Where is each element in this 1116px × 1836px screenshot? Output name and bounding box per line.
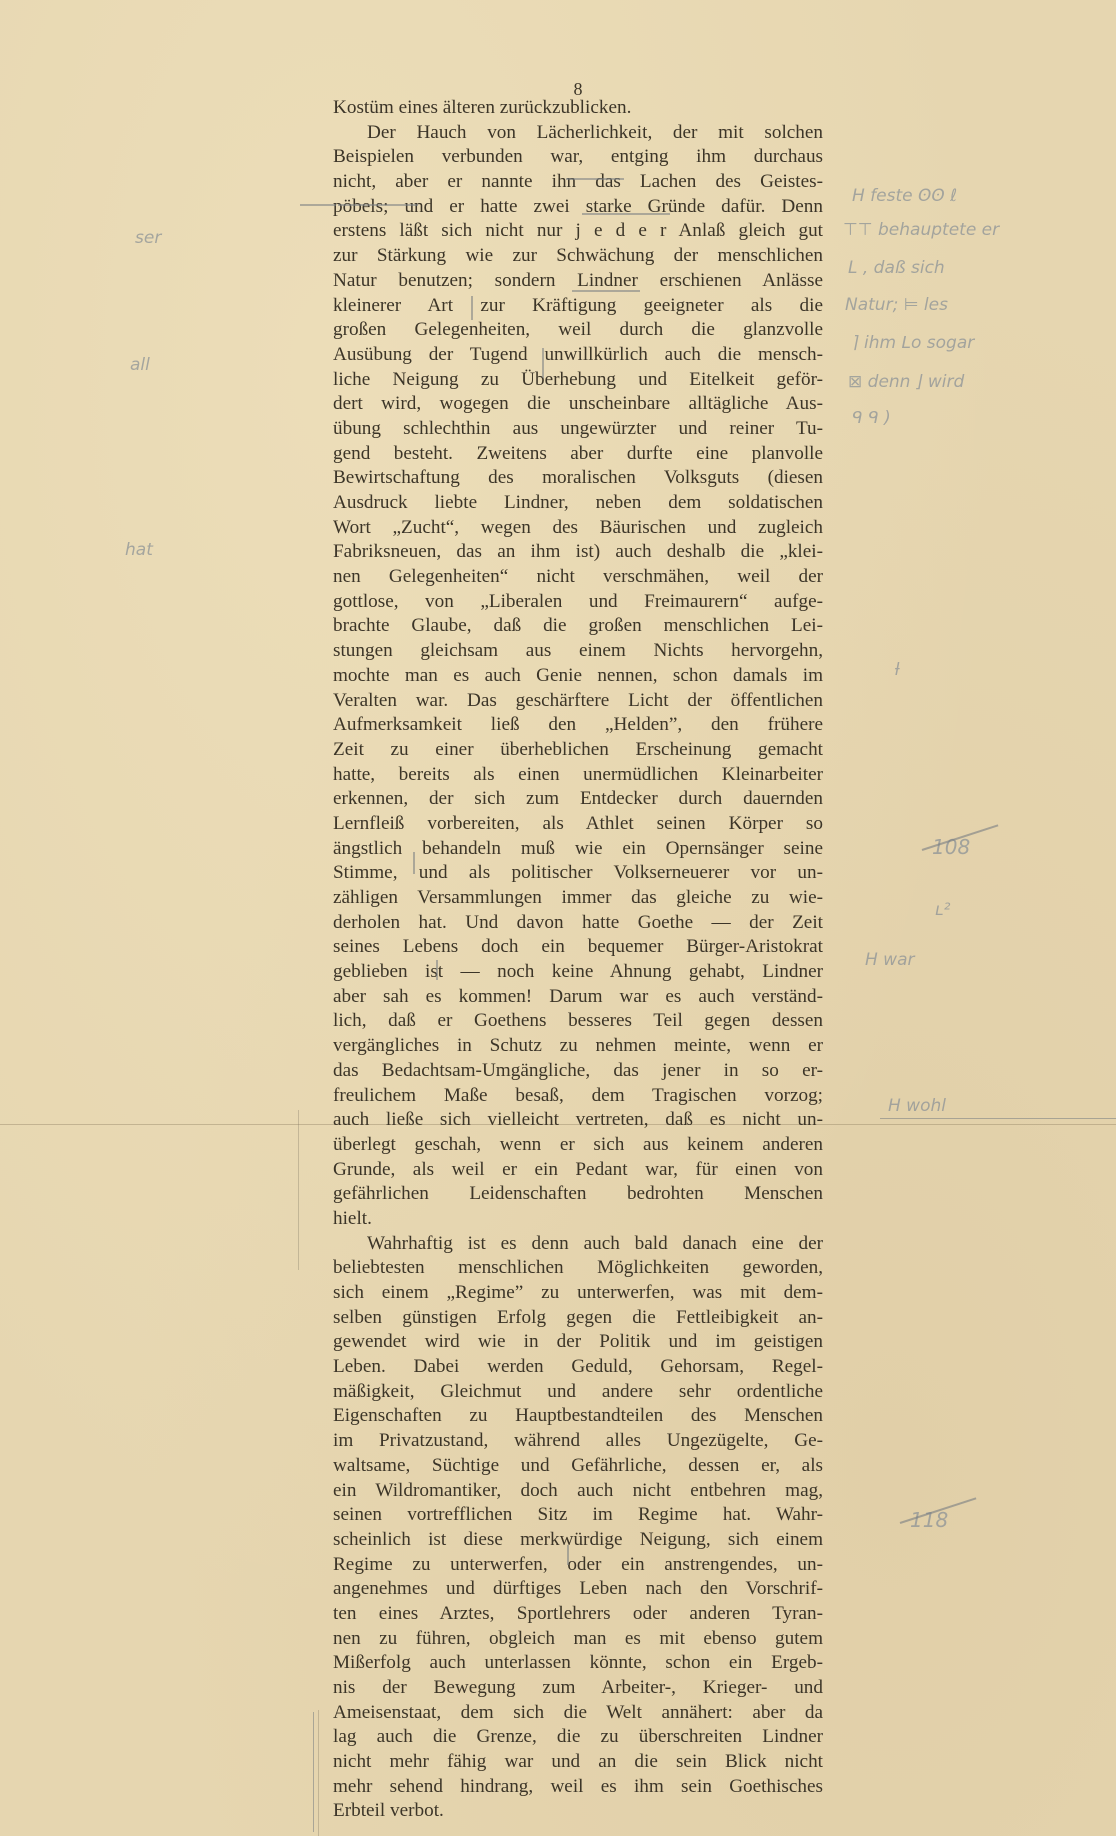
margin-note-right: ƚ [895,660,900,680]
text-line: Regime zu unterwerfen, oder ein anstreng… [333,1553,823,1578]
margin-note-right: L , daß sich [848,258,945,278]
text-line: Erbteil verbot. [333,1799,823,1824]
text-line: erstens läßt sich nicht nur j e d e r An… [333,219,823,244]
pencil-mark-lindner [572,290,640,292]
text-line: gend besteht. Zweitens aber durfte eine … [333,442,823,467]
text-line: Eigenschaften zu Hauptbestandteilen des … [333,1404,823,1429]
text-line: überlegt geschah, wenn er sich aus keine… [333,1133,823,1158]
text-line: mäßigkeit, Gleichmut und andere sehr ord… [333,1380,823,1405]
text-line: Leben. Dabei werden Geduld, Gehorsam, Re… [333,1355,823,1380]
text-line: Zeit zu einer überheblichen Erscheinung … [333,738,823,763]
text-line: Wort „Zucht“, wegen des Bäurischen und z… [333,516,823,541]
text-line: hatte, bereits als einen unermüdlichen K… [333,763,823,788]
pencil-bracket-zur [471,296,473,320]
text-line: Kostüm eines älteren zurückzublicken. [333,96,823,121]
text-line: ängstlich behandeln muß wie ein Opernsän… [333,837,823,862]
margin-note-right: Natur; ⊨ les [845,295,948,315]
text-line: scheinlich ist diese merkwürdige Neigung… [333,1528,823,1553]
text-line: Ausdruck liebte Lindner, neben dem solda… [333,491,823,516]
text-line: kleinerer Art zur Kräftigung geeigneter … [333,294,823,319]
text-line: stungen gleichsam aus einem Nichts hervo… [333,639,823,664]
text-lines: Kostüm eines älteren zurückzublicken.Der… [333,96,823,1824]
text-line: derholen hat. Und davon hatte Goethe — d… [333,911,823,936]
text-line: übung schlechthin aus ungewürzter und re… [333,417,823,442]
margin-note-left: all [130,355,150,375]
text-line: gefährlichen Leidenschaften bedrohten Me… [333,1182,823,1207]
text-line: pöbels; und er hatte zwei starke Gründe … [333,195,823,220]
text-line: zur Stärkung wie zur Schwächung der mens… [333,244,823,269]
text-line: Veralten war. Das geschärftere Licht der… [333,689,823,714]
scanned-page: 8 Kostüm eines älteren zurückzublicken.D… [0,0,1116,1836]
text-line: gewendet wird wie in der Politik und im … [333,1330,823,1355]
text-line: Ausübung der Tugend unwillkürlich auch d… [333,343,823,368]
text-line: Ameisenstaat, dem sich die Welt annähert… [333,1701,823,1726]
text-line: Beispielen verbunden war, entging ihm du… [333,145,823,170]
text-line: Mißerfolg auch unterlassen könnte, schon… [333,1651,823,1676]
paper-crease [318,1710,319,1836]
text-line: hielt. [333,1207,823,1232]
text-line: Der Hauch von Lächerlichkeit, der mit so… [333,121,823,146]
text-line: angenehmes und dürftiges Leben nach den … [333,1577,823,1602]
text-line: gottlose, von „Liberalen und Freimaurern… [333,590,823,615]
margin-note-left: ser [135,228,161,248]
text-line: im Privatzustand, während alles Ungezüge… [333,1429,823,1454]
text-line: nicht, aber er nannte ihn das Lachen des… [333,170,823,195]
text-line: seinen vortrefflichen Sitz im Regime hat… [333,1503,823,1528]
pencil-bracket-unwillkuerlich [542,348,544,378]
text-line: sich einem „Regime” zu unterwerfen, was … [333,1281,823,1306]
text-line: ein Wildromantiker, doch auch nicht entb… [333,1479,823,1504]
text-line: großen Gelegenheiten, weil durch die gla… [333,318,823,343]
margin-note-right: ᑫ ᑫ ) [852,408,891,428]
pencil-mark-jeder [582,213,670,215]
pencil-strike-starke [566,178,624,180]
text-line: Wahrhaftig ist es denn auch bald danach … [333,1232,823,1257]
paper-fold-vertical [298,1110,299,1270]
text-line: selben günstigen Erfolg gegen die Fettle… [333,1306,823,1331]
text-line: mehr sehend hindrang, weil es ihm sein G… [333,1775,823,1800]
text-line: lich, daß er Goethens besseres Teil gege… [333,1009,823,1034]
text-line: nen zu führen, obgleich man es mit ebens… [333,1627,823,1652]
text-line: auch ließe sich vielleicht vertreten, da… [333,1108,823,1133]
text-line: Grunde, als weil er ein Pedant war, für … [333,1158,823,1183]
text-line: zähligen Versammlungen immer das gleiche… [333,886,823,911]
text-line: ten eines Arztes, Sportlehrers oder ande… [333,1602,823,1627]
text-line: lag auch die Grenze, die zu überschreite… [333,1725,823,1750]
text-line: vergängliches in Schutz zu nehmen meinte… [333,1034,823,1059]
text-line: geblieben ist — noch keine Ahnung gehabt… [333,960,823,985]
pencil-mark-unterwerfen [567,1545,569,1565]
text-line: nicht mehr fähig war und an die sein Bli… [333,1750,823,1775]
margin-note-right: ⊠ denn ⌋ wird [848,372,964,392]
pencil-margin-dash [300,204,336,206]
text-line: beliebtesten menschlichen Möglichkeiten … [333,1256,823,1281]
body-text: 8 Kostüm eines älteren zurückzublicken.D… [333,78,823,1824]
text-line: nen Gelegenheiten“ nicht verschmähen, we… [333,565,823,590]
margin-note-right: H war [865,950,915,970]
text-line: waltsame, Süchtige und Gefährliche, dess… [333,1454,823,1479]
text-line: Stimme, und als politischer Volkserneuer… [333,861,823,886]
margin-note-left: hat [125,540,153,560]
text-line: erkennen, der sich zum Entdecker durch d… [333,787,823,812]
text-line: nis der Bewegung zum Arbeiter-, Krieger-… [333,1676,823,1701]
text-line: freulichem Maße besaß, dem Tragischen vo… [333,1084,823,1109]
margin-note-right: ⌉ ihm ᒪo sogar [852,333,974,353]
text-line: brachte Glaube, daß die großen menschlic… [333,614,823,639]
text-line: Aufmerksamkeit ließ den „Helden”, den fr… [333,713,823,738]
text-line: Bewirtschaftung des moralischen Volksgut… [333,466,823,491]
text-line: Lernfleiß vorbereiten, als Athlet seinen… [333,812,823,837]
text-line: das Bedachtsam-Umgängliche, das jener in… [333,1059,823,1084]
pencil-mark-stimme [413,852,415,874]
margin-note-right: H feste ʘʘ ℓ [852,186,957,206]
text-line: Fabriksneuen, das an ihm ist) auch desha… [333,540,823,565]
text-line: liche Neigung zu Überhebung und Eitelkei… [333,368,823,393]
text-line: aber sah es kommen! Darum war es auch ve… [333,985,823,1010]
text-line: mochte man es auch Genie nennen, schon d… [333,664,823,689]
pencil-strike-laesst-sich [338,204,418,206]
margin-note-right: ⊤⊤ behauptete er [843,220,999,240]
margin-note-right: ʟ² [935,900,950,920]
margin-note-right: H wohl [888,1096,946,1116]
pencil-line-left-bottom [313,1712,314,1832]
pencil-line-right-fold [880,1118,1116,1119]
pencil-mark-ist [436,960,438,980]
text-line: seines Lebens doch ein bequemer Bürger-A… [333,935,823,960]
text-line: dert wird, wogegen die unscheinbare allt… [333,392,823,417]
